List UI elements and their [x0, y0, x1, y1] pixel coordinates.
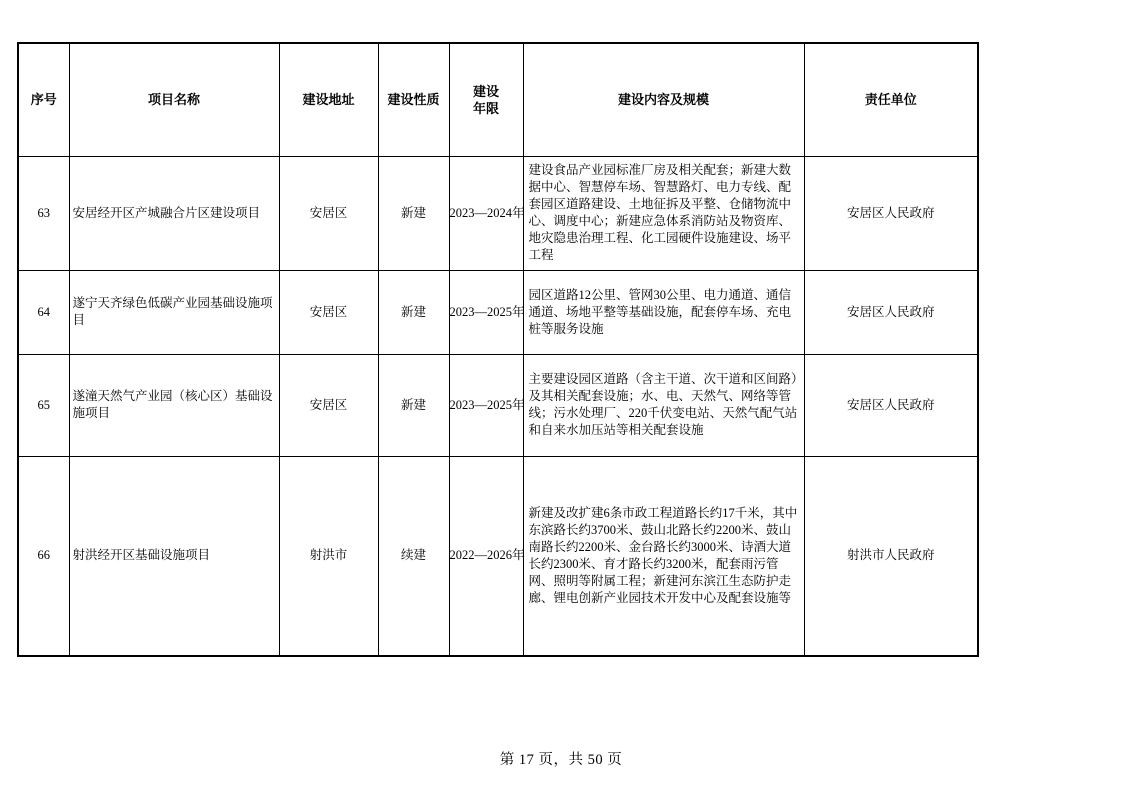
col-header-project-name: 项目名称: [69, 43, 279, 156]
cell-period: 2022—2026年: [449, 456, 523, 656]
cell-unit: 安居区人民政府: [804, 270, 978, 354]
cell-period: 2023—2025年: [449, 354, 523, 456]
cell-location: 射洪市: [279, 456, 378, 656]
col-header-period-text: 建设年限: [472, 83, 501, 117]
cell-period: 2023—2024年: [449, 156, 523, 270]
cell-seq: 66: [18, 456, 69, 656]
cell-location: 安居区: [279, 156, 378, 270]
cell-period: 2023—2025年: [449, 270, 523, 354]
col-header-location: 建设地址: [279, 43, 378, 156]
table-row: 65 遂潼天然气产业园（核心区）基础设施项目 安居区 新建 2023—2025年…: [18, 354, 978, 456]
cell-seq: 63: [18, 156, 69, 270]
page-number-indicator: 第 17 页，共 50 页: [0, 748, 1122, 769]
cell-nature: 新建: [378, 354, 449, 456]
col-header-content: 建设内容及规模: [523, 43, 804, 156]
col-header-unit: 责任单位: [804, 43, 978, 156]
col-header-seq: 序号: [18, 43, 69, 156]
cell-project-name: 遂潼天然气产业园（核心区）基础设施项目: [69, 354, 279, 456]
cell-project-name: 射洪经开区基础设施项目: [69, 456, 279, 656]
cell-content: 主要建设园区道路（含主干道、次干道和区间路）及其相关配套设施；水、电、天然气、网…: [523, 354, 804, 456]
cell-content: 新建及改扩建6条市政工程道路长约17千米，其中东滨路长约3700米、鼓山北路长约…: [523, 456, 804, 656]
table-row: 66 射洪经开区基础设施项目 射洪市 续建 2022—2026年 新建及改扩建6…: [18, 456, 978, 656]
table-row: 64 遂宁天齐绿色低碳产业园基础设施项目 安居区 新建 2023—2025年 园…: [18, 270, 978, 354]
cell-nature: 续建: [378, 456, 449, 656]
cell-content: 建设食品产业园标准厂房及相关配套；新建大数据中心、智慧停车场、智慧路灯、电力专线…: [523, 156, 804, 270]
cell-unit: 安居区人民政府: [804, 156, 978, 270]
cell-project-name: 遂宁天齐绿色低碳产业园基础设施项目: [69, 270, 279, 354]
cell-seq: 65: [18, 354, 69, 456]
col-header-period: 建设年限: [449, 43, 523, 156]
cell-seq: 64: [18, 270, 69, 354]
col-header-nature: 建设性质: [378, 43, 449, 156]
cell-location: 安居区: [279, 354, 378, 456]
cell-unit: 安居区人民政府: [804, 354, 978, 456]
table-row: 63 安居经开区产城融合片区建设项目 安居区 新建 2023—2024年 建设食…: [18, 156, 978, 270]
document-page: 序号 项目名称 建设地址 建设性质 建设年限 建设内容及规模 责任单位 63 安…: [0, 0, 1122, 793]
cell-unit: 射洪市人民政府: [804, 456, 978, 656]
cell-nature: 新建: [378, 270, 449, 354]
cell-nature: 新建: [378, 156, 449, 270]
projects-table: 序号 项目名称 建设地址 建设性质 建设年限 建设内容及规模 责任单位 63 安…: [17, 42, 979, 657]
cell-project-name: 安居经开区产城融合片区建设项目: [69, 156, 279, 270]
header-row: 序号 项目名称 建设地址 建设性质 建设年限 建设内容及规模 责任单位: [18, 43, 978, 156]
cell-content: 园区道路12公里、管网30公里、电力通道、通信通道、场地平整等基础设施，配套停车…: [523, 270, 804, 354]
cell-location: 安居区: [279, 270, 378, 354]
